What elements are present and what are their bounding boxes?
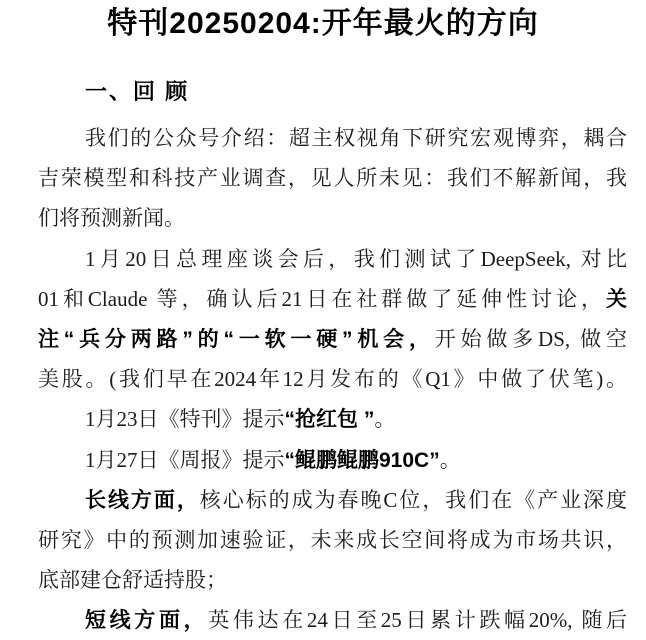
text-line: 01和Claude 等，确认后21日在社群做了延伸性讨论，关 xyxy=(38,279,627,319)
document-page: 特刊20250204:开年最火的方向 一、回 顾 我们的公众号介绍：超主权视角下… xyxy=(0,0,646,640)
text-line: 美股。(我们早在2024年12月发布的《Q1》中做了伏笔)。 xyxy=(38,359,627,399)
text-run: 01和Claude 等，确认后21日在社群做了延伸性讨论， xyxy=(38,287,606,311)
text-run: 吉荣模型和科技产业调查，见人所未见：我们不解新闻，我 xyxy=(38,166,627,190)
bold-text-run: 短线方面， xyxy=(85,609,208,632)
bold-text-run: 长线方面， xyxy=(85,489,200,512)
text-run: 。 xyxy=(440,448,461,472)
text-line: 吉荣模型和科技产业调查，见人所未见：我们不解新闻，我 xyxy=(38,158,627,198)
text-run: 1月23日《特刊》提示 xyxy=(85,407,285,431)
text-line: 短线方面，英伟达在24日至25日累计跌幅20%, 随后 xyxy=(38,600,627,640)
bold-text-run: “抢红包 ” xyxy=(285,408,375,431)
text-run: 底部建仓舒适持股； xyxy=(38,568,227,592)
text-run: 英伟达在24日至25日累计跌幅20%, 随后 xyxy=(208,608,627,632)
text-run: 美股。(我们早在2024年12月发布的《Q1》中做了伏笔)。 xyxy=(38,367,627,391)
text-run: 研究》中的预测加速验证，未来成长空间将成为市场共识， xyxy=(38,528,627,552)
text-line: 们将预测新闻。 xyxy=(38,198,627,238)
text-line: 我们的公众号介绍：超主权视角下研究宏观博弈，耦合 xyxy=(38,118,627,158)
text-run: 1月20日总理座谈会后，我们测试了DeepSeek, 对比 xyxy=(85,247,627,271)
document-title: 特刊20250204:开年最火的方向 xyxy=(0,2,646,46)
text-run: 们将预测新闻。 xyxy=(38,206,185,230)
text-line: 1月27日《周报》提示“鲲鹏鲲鹏910C”。 xyxy=(38,440,627,480)
text-line: 1月23日《特刊》提示“抢红包 ”。 xyxy=(38,399,627,439)
bold-text-run: 关 xyxy=(606,288,627,311)
bold-text-run: “鲲鹏鲲鹏910C” xyxy=(285,449,440,472)
text-run: 开始做多DS, 做空 xyxy=(435,327,627,351)
document-body: 我们的公众号介绍：超主权视角下研究宏观博弈，耦合吉荣模型和科技产业调查，见人所未… xyxy=(38,118,627,640)
text-line: 长线方面，核心标的成为春晚C位，我们在《产业深度 xyxy=(38,480,627,520)
bold-text-run: 注“兵分两路”的“一软一硬”机会， xyxy=(38,328,435,351)
text-line: 底部建仓舒适持股； xyxy=(38,560,627,600)
text-run: 我们的公众号介绍：超主权视角下研究宏观博弈，耦合 xyxy=(85,126,627,150)
text-run: 。 xyxy=(374,407,395,431)
text-line: 1月20日总理座谈会后，我们测试了DeepSeek, 对比 xyxy=(38,239,627,279)
text-run: 1月27日《周报》提示 xyxy=(85,448,285,472)
text-run: 核心标的成为春晚C位，我们在《产业深度 xyxy=(200,488,627,512)
text-line: 研究》中的预测加速验证，未来成长空间将成为市场共识， xyxy=(38,520,627,560)
text-line: 注“兵分两路”的“一软一硬”机会，开始做多DS, 做空 xyxy=(38,319,627,359)
section-heading: 一、回 顾 xyxy=(85,78,189,106)
